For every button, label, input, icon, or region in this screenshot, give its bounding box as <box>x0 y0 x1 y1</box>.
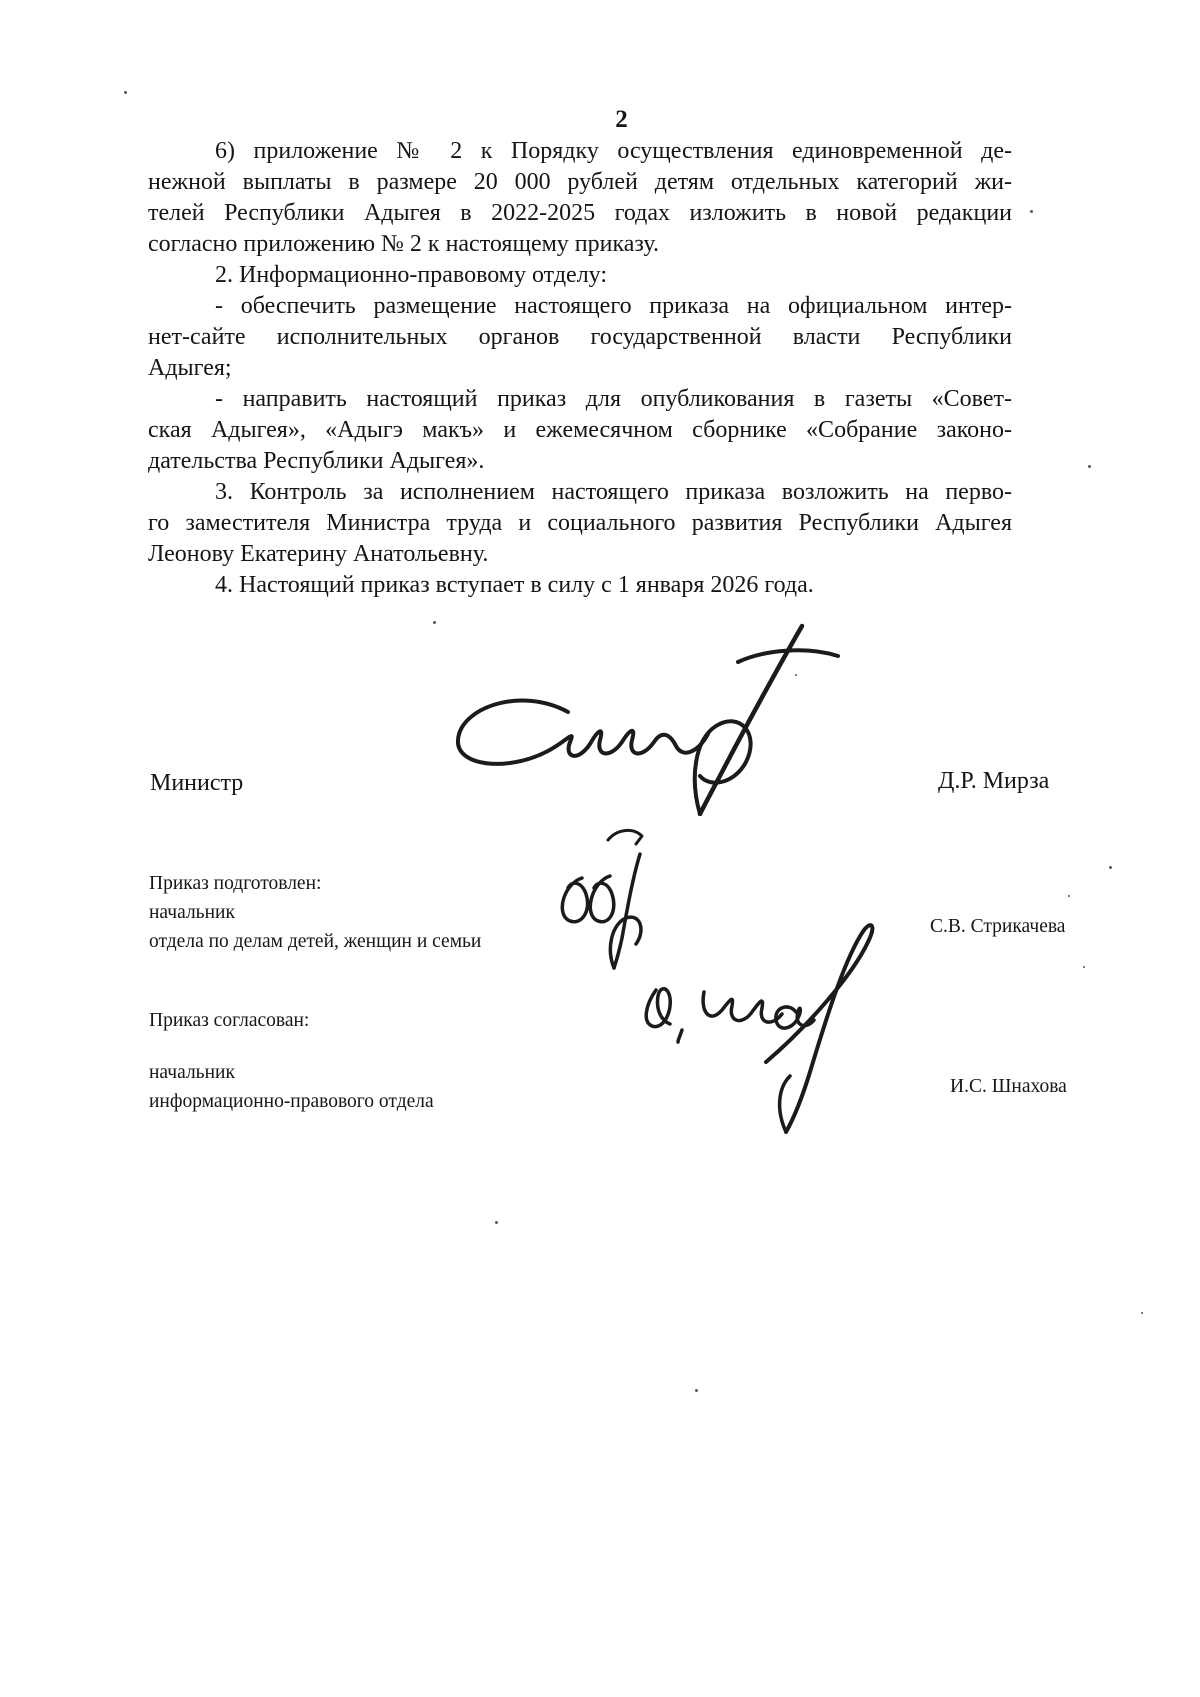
text-line: 3. Контроль за исполнением настоящего пр… <box>148 477 1012 508</box>
prepared-position-line1: начальник <box>149 898 481 927</box>
scan-speck <box>1068 895 1070 897</box>
text-line: нежной выплаты в размере 20 000 рублей д… <box>148 167 1012 198</box>
text-line: нет-сайте исполнительных органов государ… <box>148 322 1012 353</box>
agreed-position: начальник информационно-правового отдела <box>149 1058 434 1116</box>
text-line: - направить настоящий приказ для опублик… <box>148 384 1012 415</box>
prepared-name: С.В. Стрикачева <box>930 912 1065 941</box>
text-line: телей Республики Адыгея в 2022-2025 года… <box>148 198 1012 229</box>
text-line: - обеспечить размещение настоящего прика… <box>148 291 1012 322</box>
agreed-position-line1: начальник <box>149 1058 434 1087</box>
scan-speck <box>1141 1312 1143 1314</box>
text-line: 2. Информационно-правовому отделу: <box>148 260 1012 291</box>
prepared-block: Приказ подготовлен: начальник отдела по … <box>149 869 481 956</box>
agreed-name: И.С. Шнахова <box>950 1072 1067 1101</box>
scan-speck <box>124 91 127 94</box>
scan-speck <box>795 674 797 676</box>
scanned-order-page: { "page": { "number": "2", "ink_color": … <box>0 0 1200 1697</box>
scan-speck <box>1083 966 1085 968</box>
agreed-position-line2: информационно-правового отдела <box>149 1087 434 1116</box>
text-line: 4. Настоящий приказ вступает в силу с 1 … <box>148 570 1012 601</box>
document-body: 6) приложение № 2 к Порядку осуществлени… <box>148 136 1012 601</box>
text-line: согласно приложению № 2 к настоящему при… <box>148 229 1012 260</box>
text-line: 6) приложение № 2 к Порядку осуществлени… <box>148 136 1012 167</box>
scan-speck <box>695 1389 698 1392</box>
text-line: Леонову Екатерину Анатольевну. <box>148 539 1012 570</box>
scan-speck <box>1109 866 1112 869</box>
minister-position-label: Министр <box>150 769 243 797</box>
text-line: го заместителя Министра труда и социальн… <box>148 508 1012 539</box>
agreed-signature <box>626 920 896 1138</box>
scan-speck <box>433 621 436 624</box>
scan-speck <box>1088 465 1091 468</box>
prepared-position-line2: отдела по делам детей, женщин и семьи <box>149 927 481 956</box>
prepared-heading: Приказ подготовлен: <box>149 869 481 898</box>
scan-speck <box>495 1221 498 1224</box>
minister-name: Д.Р. Мирза <box>938 767 1049 795</box>
text-line: Адыгея; <box>148 353 1012 384</box>
text-line: ская Адыгея», «Адыгэ макъ» и ежемесячном… <box>148 415 1012 446</box>
agreed-heading: Приказ согласован: <box>149 1006 309 1035</box>
scan-speck <box>1030 210 1033 213</box>
text-line: дательства Республики Адыгея». <box>148 446 1012 477</box>
minister-signature <box>450 616 860 816</box>
page-number: 2 <box>598 106 646 134</box>
